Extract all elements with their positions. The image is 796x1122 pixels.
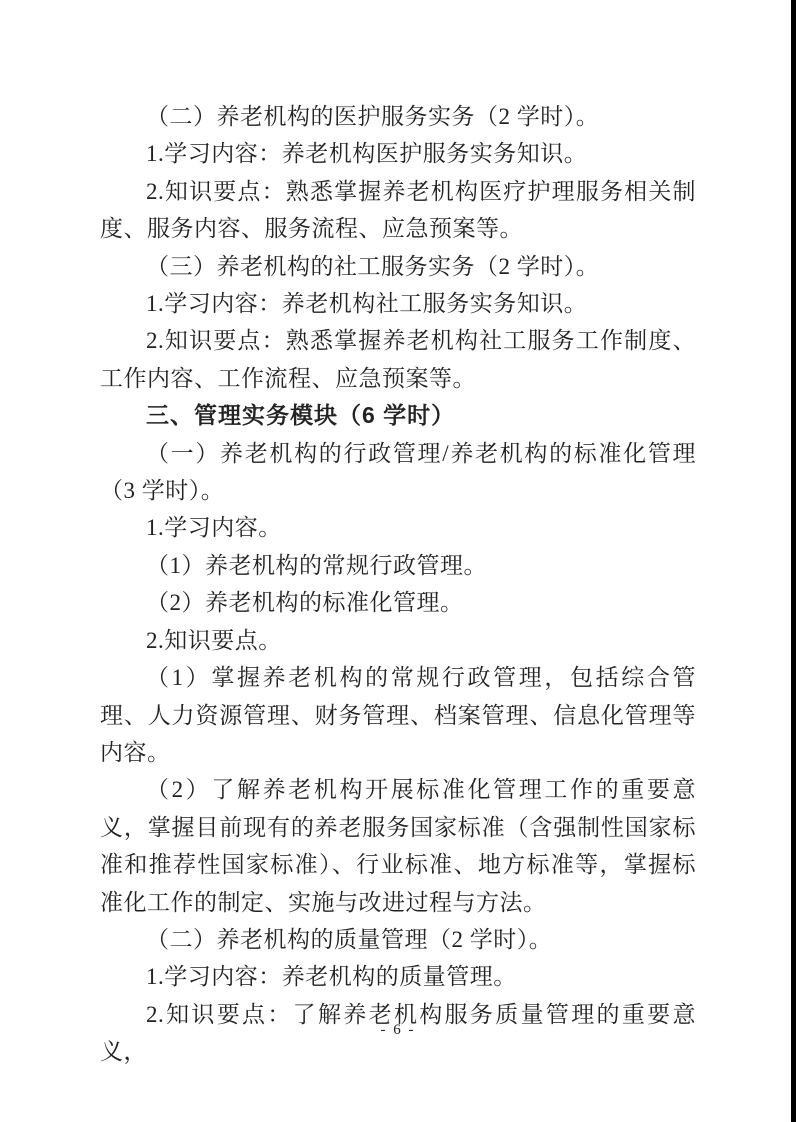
paragraph: （2）养老机构的标准化管理。 bbox=[100, 584, 696, 621]
paragraph: 2.知识要点：熟悉掌握养老机构医疗护理服务相关制度、服务内容、服务流程、应急预案… bbox=[100, 173, 696, 248]
paragraph: （一）养老机构的行政管理/养老机构的标准化管理（3 学时）。 bbox=[100, 435, 696, 510]
scan-edge-artifact bbox=[791, 0, 796, 1122]
paragraph: 2.知识要点：熟悉掌握养老机构社工服务工作制度、工作内容、工作流程、应急预案等。 bbox=[100, 322, 696, 397]
paragraph: （1）养老机构的常规行政管理。 bbox=[100, 547, 696, 584]
paragraph: 1.学习内容：养老机构社工服务实务知识。 bbox=[100, 285, 696, 322]
document-page: （二）养老机构的医护服务实务（2 学时）。1.学习内容：养老机构医护服务实务知识… bbox=[0, 0, 796, 1122]
paragraph: （1）掌握养老机构的常规行政管理，包括综合管理、人力资源管理、财务管理、档案管理… bbox=[100, 659, 696, 771]
paragraph: （2）了解养老机构开展标准化管理工作的重要意义，掌握目前现有的养老服务国家标准（… bbox=[100, 771, 696, 921]
paragraph: 1.学习内容：养老机构的质量管理。 bbox=[100, 958, 696, 995]
document-body: （二）养老机构的医护服务实务（2 学时）。1.学习内容：养老机构医护服务实务知识… bbox=[100, 98, 696, 1071]
paragraph: 2.知识要点。 bbox=[100, 622, 696, 659]
page-number: - 6 - bbox=[0, 1022, 796, 1039]
paragraph: （二）养老机构的质量管理（2 学时）。 bbox=[100, 921, 696, 958]
section-heading: 三、管理实务模块（6 学时） bbox=[100, 397, 696, 434]
paragraph: （二）养老机构的医护服务实务（2 学时）。 bbox=[100, 98, 696, 135]
paragraph: 1.学习内容：养老机构医护服务实务知识。 bbox=[100, 135, 696, 172]
paragraph: 1.学习内容。 bbox=[100, 509, 696, 546]
paragraph: （三）养老机构的社工服务实务（2 学时）。 bbox=[100, 248, 696, 285]
